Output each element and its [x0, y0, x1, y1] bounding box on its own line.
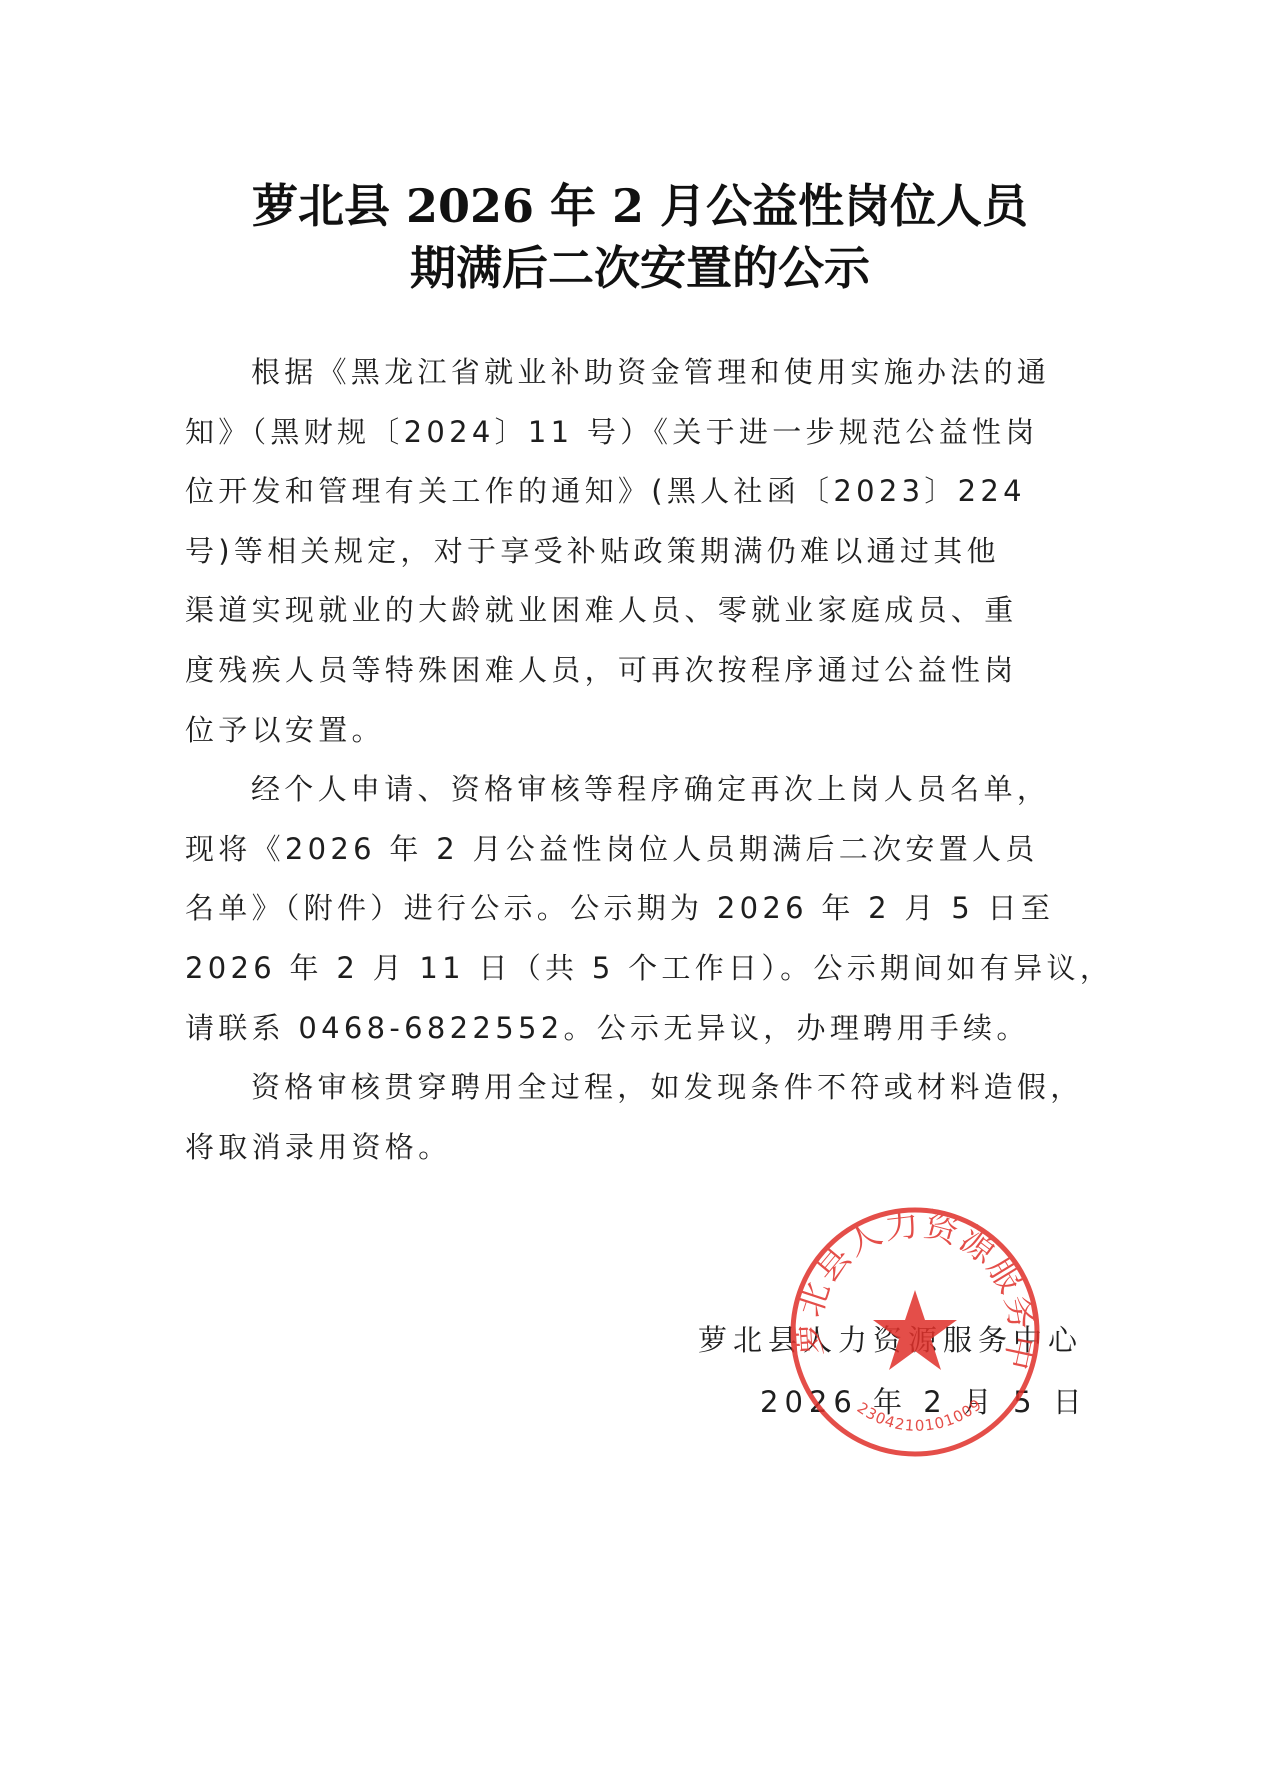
text-line: 根据《黑龙江省就业补助资金管理和使用实施办法的通 [185, 343, 1075, 403]
paragraph-legal-basis: 根据《黑龙江省就业补助资金管理和使用实施办法的通 知》（黑财规〔2024〕11 … [185, 343, 1075, 760]
signature-date: 2026 年 2 月 5 日 [760, 1380, 1088, 1421]
text-line: 将取消录用资格。 [185, 1118, 1075, 1178]
text-line: 度残疾人员等特殊困难人员，可再次按程序通过公益性岗 [185, 641, 1075, 701]
text-line: 资格审核贯穿聘用全过程，如发现条件不符或材料造假， [185, 1058, 1075, 1118]
text-line: 名单》（附件）进行公示。公示期为 2026 年 2 月 5 日至 [185, 879, 1075, 939]
paragraph-publicity-period: 经个人申请、资格审核等程序确定再次上岗人员名单， 现将《2026 年 2 月公益… [185, 760, 1075, 1058]
text-line: 号)等相关规定，对于享受补贴政策期满仍难以通过其他 [185, 522, 1075, 582]
paragraph-qualification-review: 资格审核贯穿聘用全过程，如发现条件不符或材料造假， 将取消录用资格。 [185, 1058, 1075, 1177]
document-title-line-1: 萝北县 2026 年 2 月公益性岗位人员 [0, 170, 1280, 236]
document-title-line-2: 期满后二次安置的公示 [0, 232, 1280, 298]
text-line: 知》（黑财规〔2024〕11 号）《关于进一步规范公益性岗 [185, 403, 1075, 463]
signature-organization: 萝北县人力资源服务中心 [698, 1318, 1083, 1359]
document-page: 萝北县 2026 年 2 月公益性岗位人员 期满后二次安置的公示 根据《黑龙江省… [0, 0, 1280, 1786]
text-line: 渠道实现就业的大龄就业困难人员、零就业家庭成员、重 [185, 581, 1075, 641]
text-line: 经个人申请、资格审核等程序确定再次上岗人员名单， [185, 760, 1075, 820]
text-line: 位开发和管理有关工作的通知》(黑人社函〔2023〕224 [185, 462, 1075, 522]
text-line: 现将《2026 年 2 月公益性岗位人员期满后二次安置人员 [185, 820, 1075, 880]
text-line: 请联系 0468-6822552。公示无异议，办理聘用手续。 [185, 999, 1075, 1059]
text-line: 2026 年 2 月 11 日（共 5 个工作日）。公示期间如有异议， [185, 939, 1075, 999]
document-body: 根据《黑龙江省就业补助资金管理和使用实施办法的通 知》（黑财规〔2024〕11 … [185, 343, 1075, 1177]
text-line: 位予以安置。 [185, 701, 1075, 761]
